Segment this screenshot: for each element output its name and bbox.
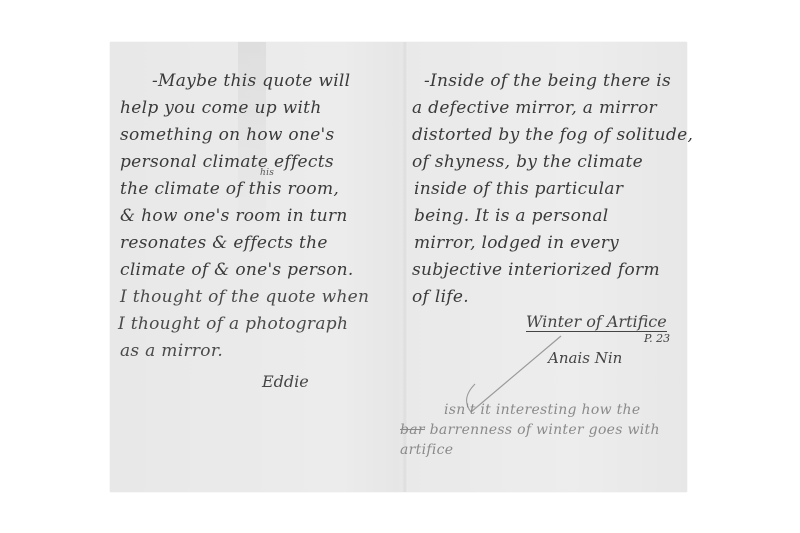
right-line-1: -Inside of the being there is [424,68,671,95]
left-line-5: the climate of this room, [120,176,339,203]
left-line-8: climate of & one's person. [120,257,354,284]
annotation-line-2: bar barrenness of winter goes with [400,420,660,440]
right-line-2: a defective mirror, a mirror [412,95,657,122]
left-line-11: as a mirror. [120,338,223,365]
right-line-7: mirror, lodged in every [414,230,619,257]
left-line-3: something on how one's [120,122,335,149]
annotation-struck-word: bar [400,422,425,438]
right-line-8: subjective interiorized form [412,257,660,284]
right-page: -Inside of the being there is a defectiv… [408,42,687,492]
right-line-5: inside of this particular [414,176,623,203]
left-line-9: I thought of the quote when [120,284,369,311]
annotation-line-3: artifice [400,440,453,460]
right-line-6: being. It is a personal [414,203,609,230]
annotation-line-1: isn't it interesting how the [444,400,640,420]
left-line-10: I thought of a photograph [118,311,348,338]
left-line-7: resonates & effects the [120,230,328,257]
signature-eddie: Eddie [262,372,309,391]
right-line-9: of life. [412,284,469,311]
notecard: -Maybe this quote will help you come up … [110,42,687,492]
citation-page: P. 23 [644,332,670,345]
annotation-line-2-text: barrenness of winter goes with [430,422,660,438]
right-line-4: of shyness, by the climate [412,149,643,176]
left-line-2: help you come up with [120,95,322,122]
left-page: -Maybe this quote will help you come up … [110,42,402,492]
left-line-6: & how one's room in turn [120,203,348,230]
left-line-4: personal climate effects [120,149,334,176]
left-line-1: -Maybe this quote will [152,68,350,95]
right-line-3: distorted by the fog of solitude, [412,122,693,149]
